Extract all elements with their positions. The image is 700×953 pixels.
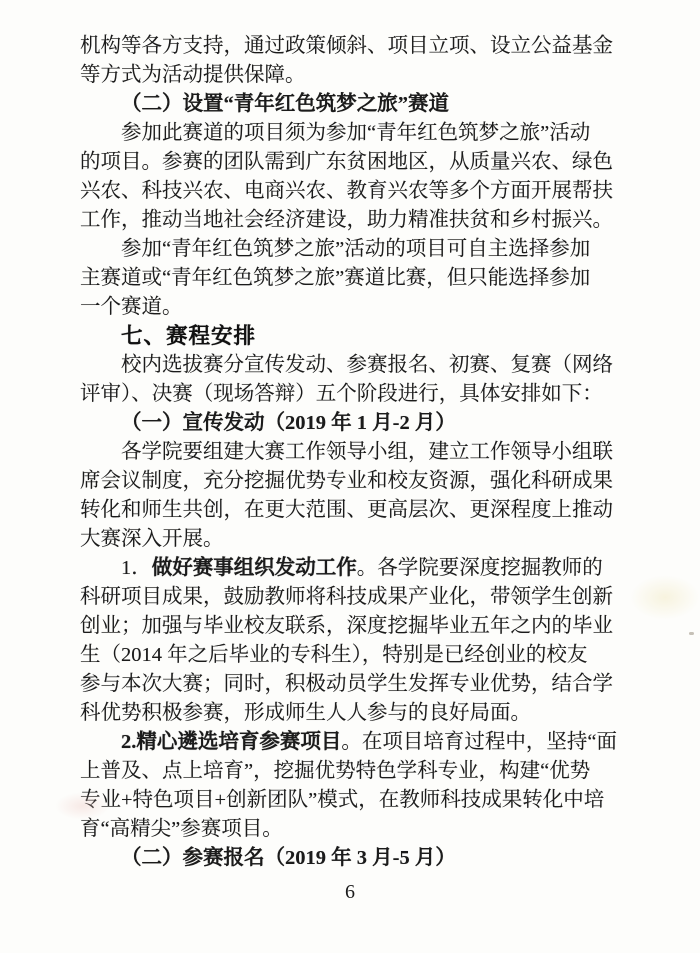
text-line: 评审）、决赛（现场答辩）五个阶段进行，具体安排如下： bbox=[80, 380, 625, 409]
text-line: 参加“青年红色筑梦之旅”活动的项目可自主选择参加 bbox=[80, 235, 625, 264]
line-text: 转化和师生共创，在更大范围、更高层次、更深程度上推动 bbox=[80, 499, 613, 521]
line-text-bold: 做好赛事组织发动工作 bbox=[152, 557, 357, 579]
scan-artifact bbox=[630, 575, 700, 620]
text-line: 创业；加强与毕业校友联系，深度挖掘毕业五年之内的毕业 bbox=[80, 612, 625, 641]
line-text: 育“高精尖”参赛项目。 bbox=[80, 818, 283, 840]
line-text: 机构等各方支持，通过政策倾斜、项目立项、设立公益基金 bbox=[80, 35, 613, 57]
line-text: 科优势积极参赛，形成师生人人参与的良好局面。 bbox=[80, 702, 531, 724]
line-text: 参与本次大赛；同时，积极动员学生发挥专业优势，结合学 bbox=[80, 673, 613, 695]
text-line-numbered-item-1: 1．做好赛事组织发动工作。各学院要深度挖掘教师的 bbox=[80, 554, 625, 583]
line-text: 科研项目成果，鼓励教师将科技成果产业化，带领学生创新 bbox=[80, 586, 613, 608]
text-line: 席会议制度，充分挖掘优势专业和校友资源，强化科研成果 bbox=[80, 467, 625, 496]
line-text: 席会议制度，充分挖掘优势专业和校友资源，强化科研成果 bbox=[80, 470, 613, 492]
text-line: 机构等各方支持，通过政策倾斜、项目立项、设立公益基金 bbox=[80, 32, 625, 61]
line-text: 。在项目培育过程中，坚持“面 bbox=[341, 731, 617, 753]
heading-schedule: 七、赛程安排 bbox=[80, 322, 625, 351]
text-line: 科研项目成果，鼓励教师将科技成果产业化，带领学生创新 bbox=[80, 583, 625, 612]
document-page: 机构等各方支持，通过政策倾斜、项目立项、设立公益基金 等方式为活动提供保障。 （… bbox=[0, 0, 700, 953]
scan-artifact bbox=[689, 632, 694, 635]
line-text: 大赛深入开展。 bbox=[80, 528, 224, 550]
document-body: 机构等各方支持，通过政策倾斜、项目立项、设立公益基金 等方式为活动提供保障。 （… bbox=[80, 32, 625, 873]
line-text: 。各学院要深度挖掘教师的 bbox=[357, 557, 603, 579]
text-line: 各学院要组建大赛工作领导小组，建立工作领导小组联 bbox=[80, 438, 625, 467]
line-text: 参加此赛道的项目须为参加“青年红色筑梦之旅”活动 bbox=[121, 122, 590, 144]
line-text: 评审）、决赛（现场答辩）五个阶段进行，具体安排如下： bbox=[80, 383, 603, 405]
line-text: 上普及、点上培育”，挖掘优势特色学科专业，构建“优势 bbox=[80, 760, 590, 782]
line-text: 主赛道或“青年红色筑梦之旅”赛道比赛，但只能选择参加 bbox=[80, 267, 590, 289]
line-text: 专业+特色项目+创新团队”模式，在教师科技成果转化中培 bbox=[80, 789, 604, 811]
text-line: 等方式为活动提供保障。 bbox=[80, 61, 625, 90]
text-line: 主赛道或“青年红色筑梦之旅”赛道比赛，但只能选择参加 bbox=[80, 264, 625, 293]
text-line: 一个赛道。 bbox=[80, 293, 625, 322]
text-line: 工作，推动当地社会经济建设，助力精准扶贫和乡村振兴。 bbox=[80, 206, 625, 235]
text-line: 大赛深入开展。 bbox=[80, 525, 625, 554]
heading-text: 七、赛程安排 bbox=[121, 324, 256, 348]
line-text-bold: 2.精心遴选培育参赛项目 bbox=[121, 731, 341, 753]
text-line: 转化和师生共创，在更大范围、更高层次、更深程度上推动 bbox=[80, 496, 625, 525]
line-text: 等方式为活动提供保障。 bbox=[80, 64, 306, 86]
page-number: 6 bbox=[0, 881, 700, 904]
text-line: 参与本次大赛；同时，积极动员学生发挥专业优势，结合学 bbox=[80, 670, 625, 699]
heading-stage-registration: （二）参赛报名（2019 年 3 月-5 月） bbox=[80, 844, 625, 873]
line-text: 校内选拔赛分宣传发动、参赛报名、初赛、复赛（网络 bbox=[121, 354, 613, 376]
line-text: 创业；加强与毕业校友联系，深度挖掘毕业五年之内的毕业 bbox=[80, 615, 613, 637]
text-line: 专业+特色项目+创新团队”模式，在教师科技成果转化中培 bbox=[80, 786, 625, 815]
heading-text: （一）宣传发动（2019 年 1 月-2 月） bbox=[121, 412, 456, 434]
line-text: 生（2014 年之后毕业的专科生），特别是已经创业的校友 bbox=[80, 644, 587, 666]
line-text: 的项目。参赛的团队需到广东贫困地区，从质量兴农、绿色 bbox=[80, 151, 613, 173]
line-text: 一个赛道。 bbox=[80, 296, 183, 318]
text-line: 育“高精尖”参赛项目。 bbox=[80, 815, 625, 844]
text-line: 的项目。参赛的团队需到广东贫困地区，从质量兴农、绿色 bbox=[80, 148, 625, 177]
line-text: 兴农、科技兴农、电商兴农、教育兴农等多个方面开展帮扶 bbox=[80, 180, 613, 202]
text-line: 上普及、点上培育”，挖掘优势特色学科专业，构建“优势 bbox=[80, 757, 625, 786]
heading-text: （二）参赛报名（2019 年 3 月-5 月） bbox=[121, 847, 456, 869]
text-line: 校内选拔赛分宣传发动、参赛报名、初赛、复赛（网络 bbox=[80, 351, 625, 380]
line-text: 1． bbox=[121, 557, 152, 579]
line-text: 工作，推动当地社会经济建设，助力精准扶贫和乡村振兴。 bbox=[80, 209, 613, 231]
text-line: 参加此赛道的项目须为参加“青年红色筑梦之旅”活动 bbox=[80, 119, 625, 148]
heading-stage-promotion: （一）宣传发动（2019 年 1 月-2 月） bbox=[80, 409, 625, 438]
heading-red-journey-track: （二）设置“青年红色筑梦之旅”赛道 bbox=[80, 90, 625, 119]
heading-text: （二）设置“青年红色筑梦之旅”赛道 bbox=[121, 93, 449, 115]
text-line: 科优势积极参赛，形成师生人人参与的良好局面。 bbox=[80, 699, 625, 728]
text-line: 兴农、科技兴农、电商兴农、教育兴农等多个方面开展帮扶 bbox=[80, 177, 625, 206]
text-line-numbered-item-2: 2.精心遴选培育参赛项目。在项目培育过程中，坚持“面 bbox=[80, 728, 625, 757]
line-text: 各学院要组建大赛工作领导小组，建立工作领导小组联 bbox=[121, 441, 613, 463]
text-line: 生（2014 年之后毕业的专科生），特别是已经创业的校友 bbox=[80, 641, 625, 670]
line-text: 参加“青年红色筑梦之旅”活动的项目可自主选择参加 bbox=[121, 238, 590, 260]
